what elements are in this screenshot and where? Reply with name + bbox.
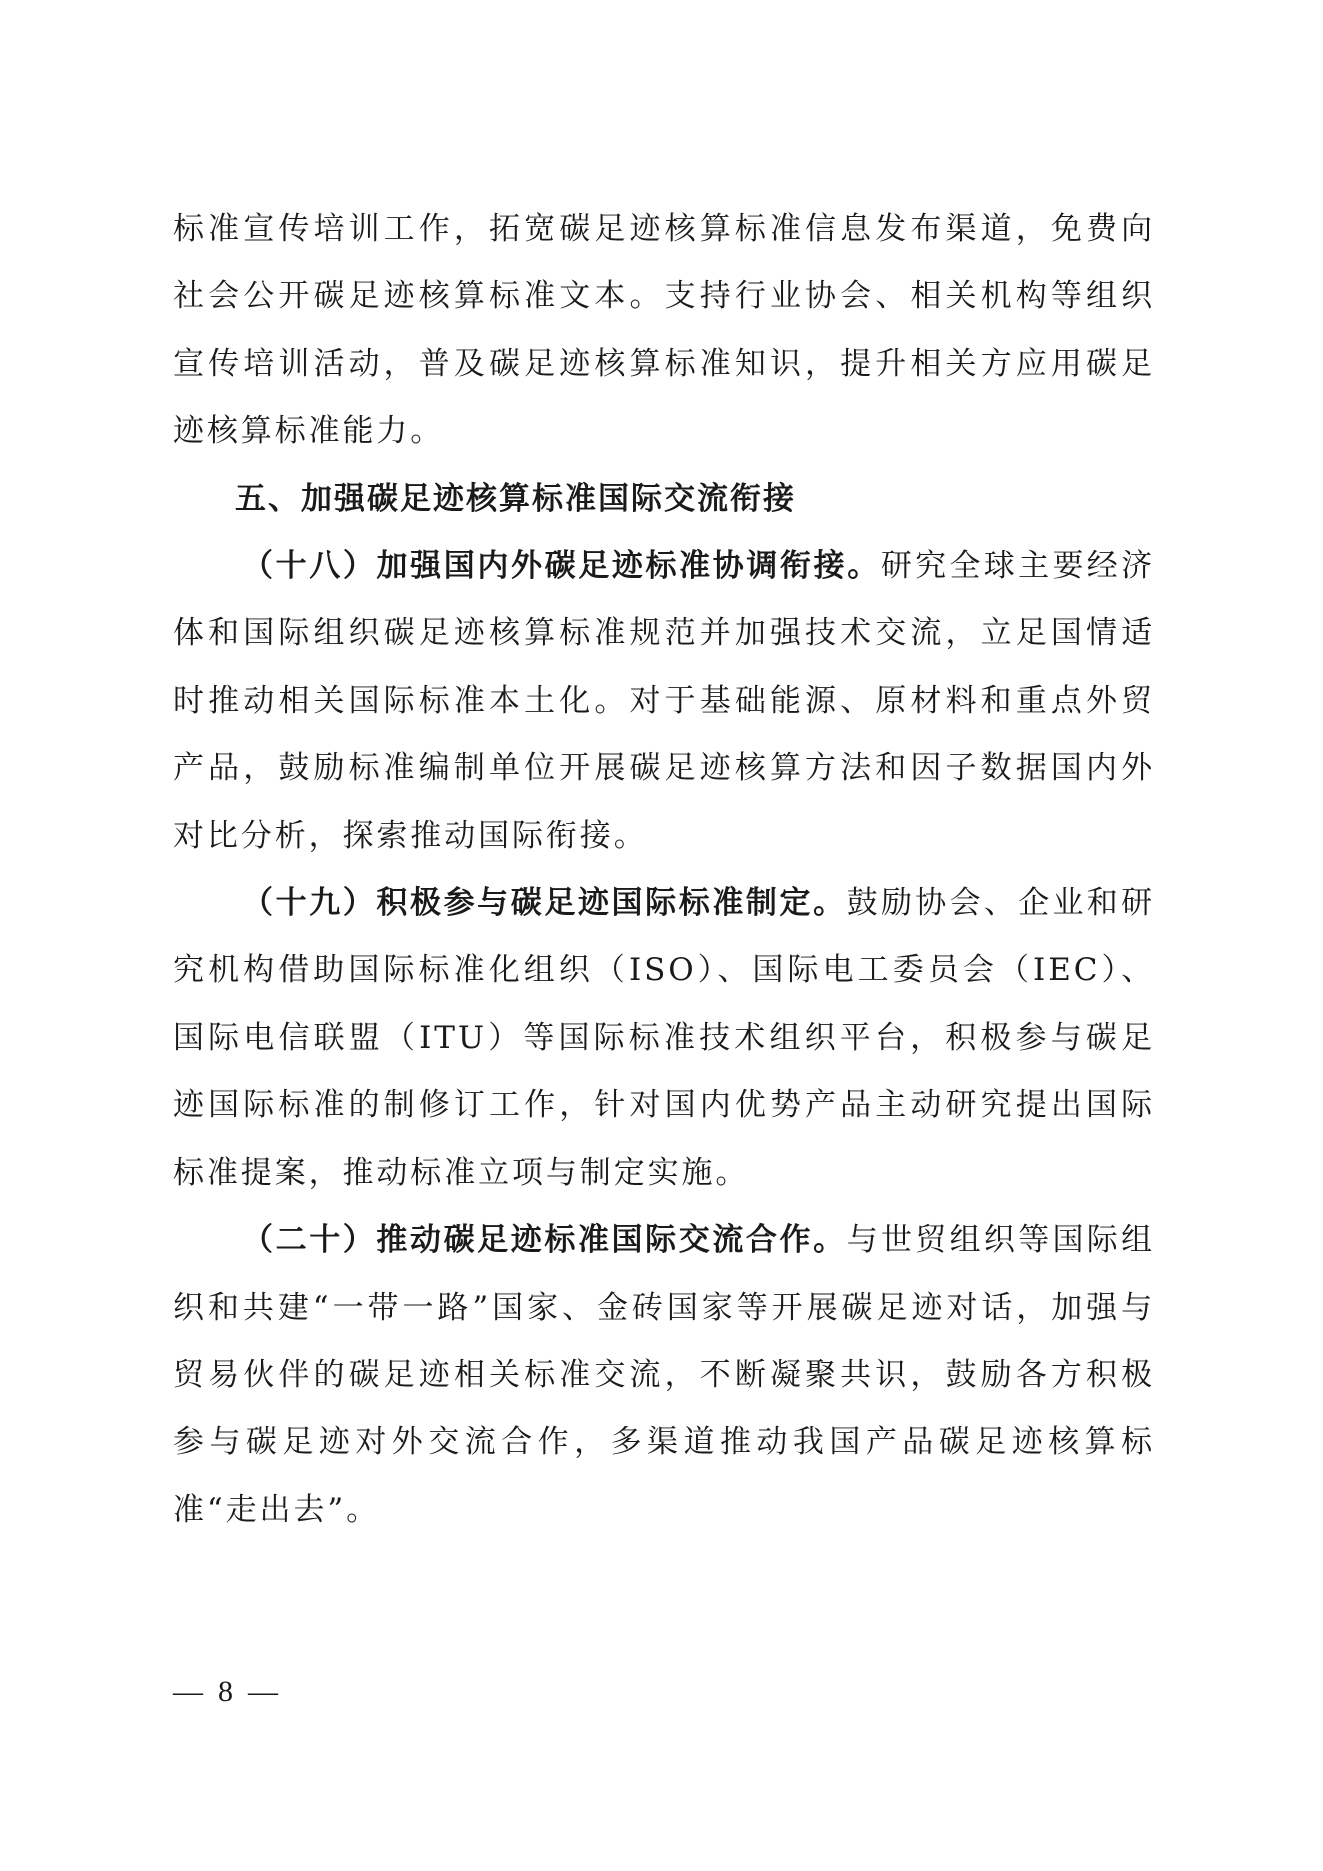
page-number: — 8 —: [173, 1672, 278, 1712]
section-heading: 五、加强碳足迹核算标准国际交流衔接: [173, 466, 1155, 533]
item-paragraph-20: （二十）推动碳足迹标准国际交流合作。与世贸组织等国际组织和共建“一带一路”国家、…: [173, 1207, 1155, 1544]
item-lead-20: （二十）推动碳足迹标准国际交流合作。: [242, 1222, 847, 1258]
item-body-20: 与世贸组织等国际组织和共建“一带一路”国家、金砖国家等开展碳足迹对话，加强与贸易…: [173, 1222, 1155, 1528]
item-paragraph-18: （十八）加强国内外碳足迹标准协调衔接。研究全球主要经济体和国际组织碳足迹核算标准…: [173, 533, 1155, 870]
item-body-19: 鼓励协会、企业和研究机构借助国际标准化组织（ISO）、国际电工委员会（IEC）、…: [173, 885, 1155, 1191]
document-page: 标准宣传培训工作，拓宽碳足迹核算标准信息发布渠道，免费向社会公开碳足迹核算标准文…: [173, 196, 1155, 1544]
item-paragraph-19: （十九）积极参与碳足迹国际标准制定。鼓励协会、企业和研究机构借助国际标准化组织（…: [173, 870, 1155, 1207]
item-lead-19: （十九）积极参与碳足迹国际标准制定。: [242, 885, 847, 921]
item-body-18: 研究全球主要经济体和国际组织碳足迹核算标准规范并加强技术交流，立足国情适时推动相…: [173, 548, 1155, 854]
continued-paragraph: 标准宣传培训工作，拓宽碳足迹核算标准信息发布渠道，免费向社会公开碳足迹核算标准文…: [173, 196, 1155, 466]
item-lead-18: （十八）加强国内外碳足迹标准协调衔接。: [242, 548, 881, 584]
